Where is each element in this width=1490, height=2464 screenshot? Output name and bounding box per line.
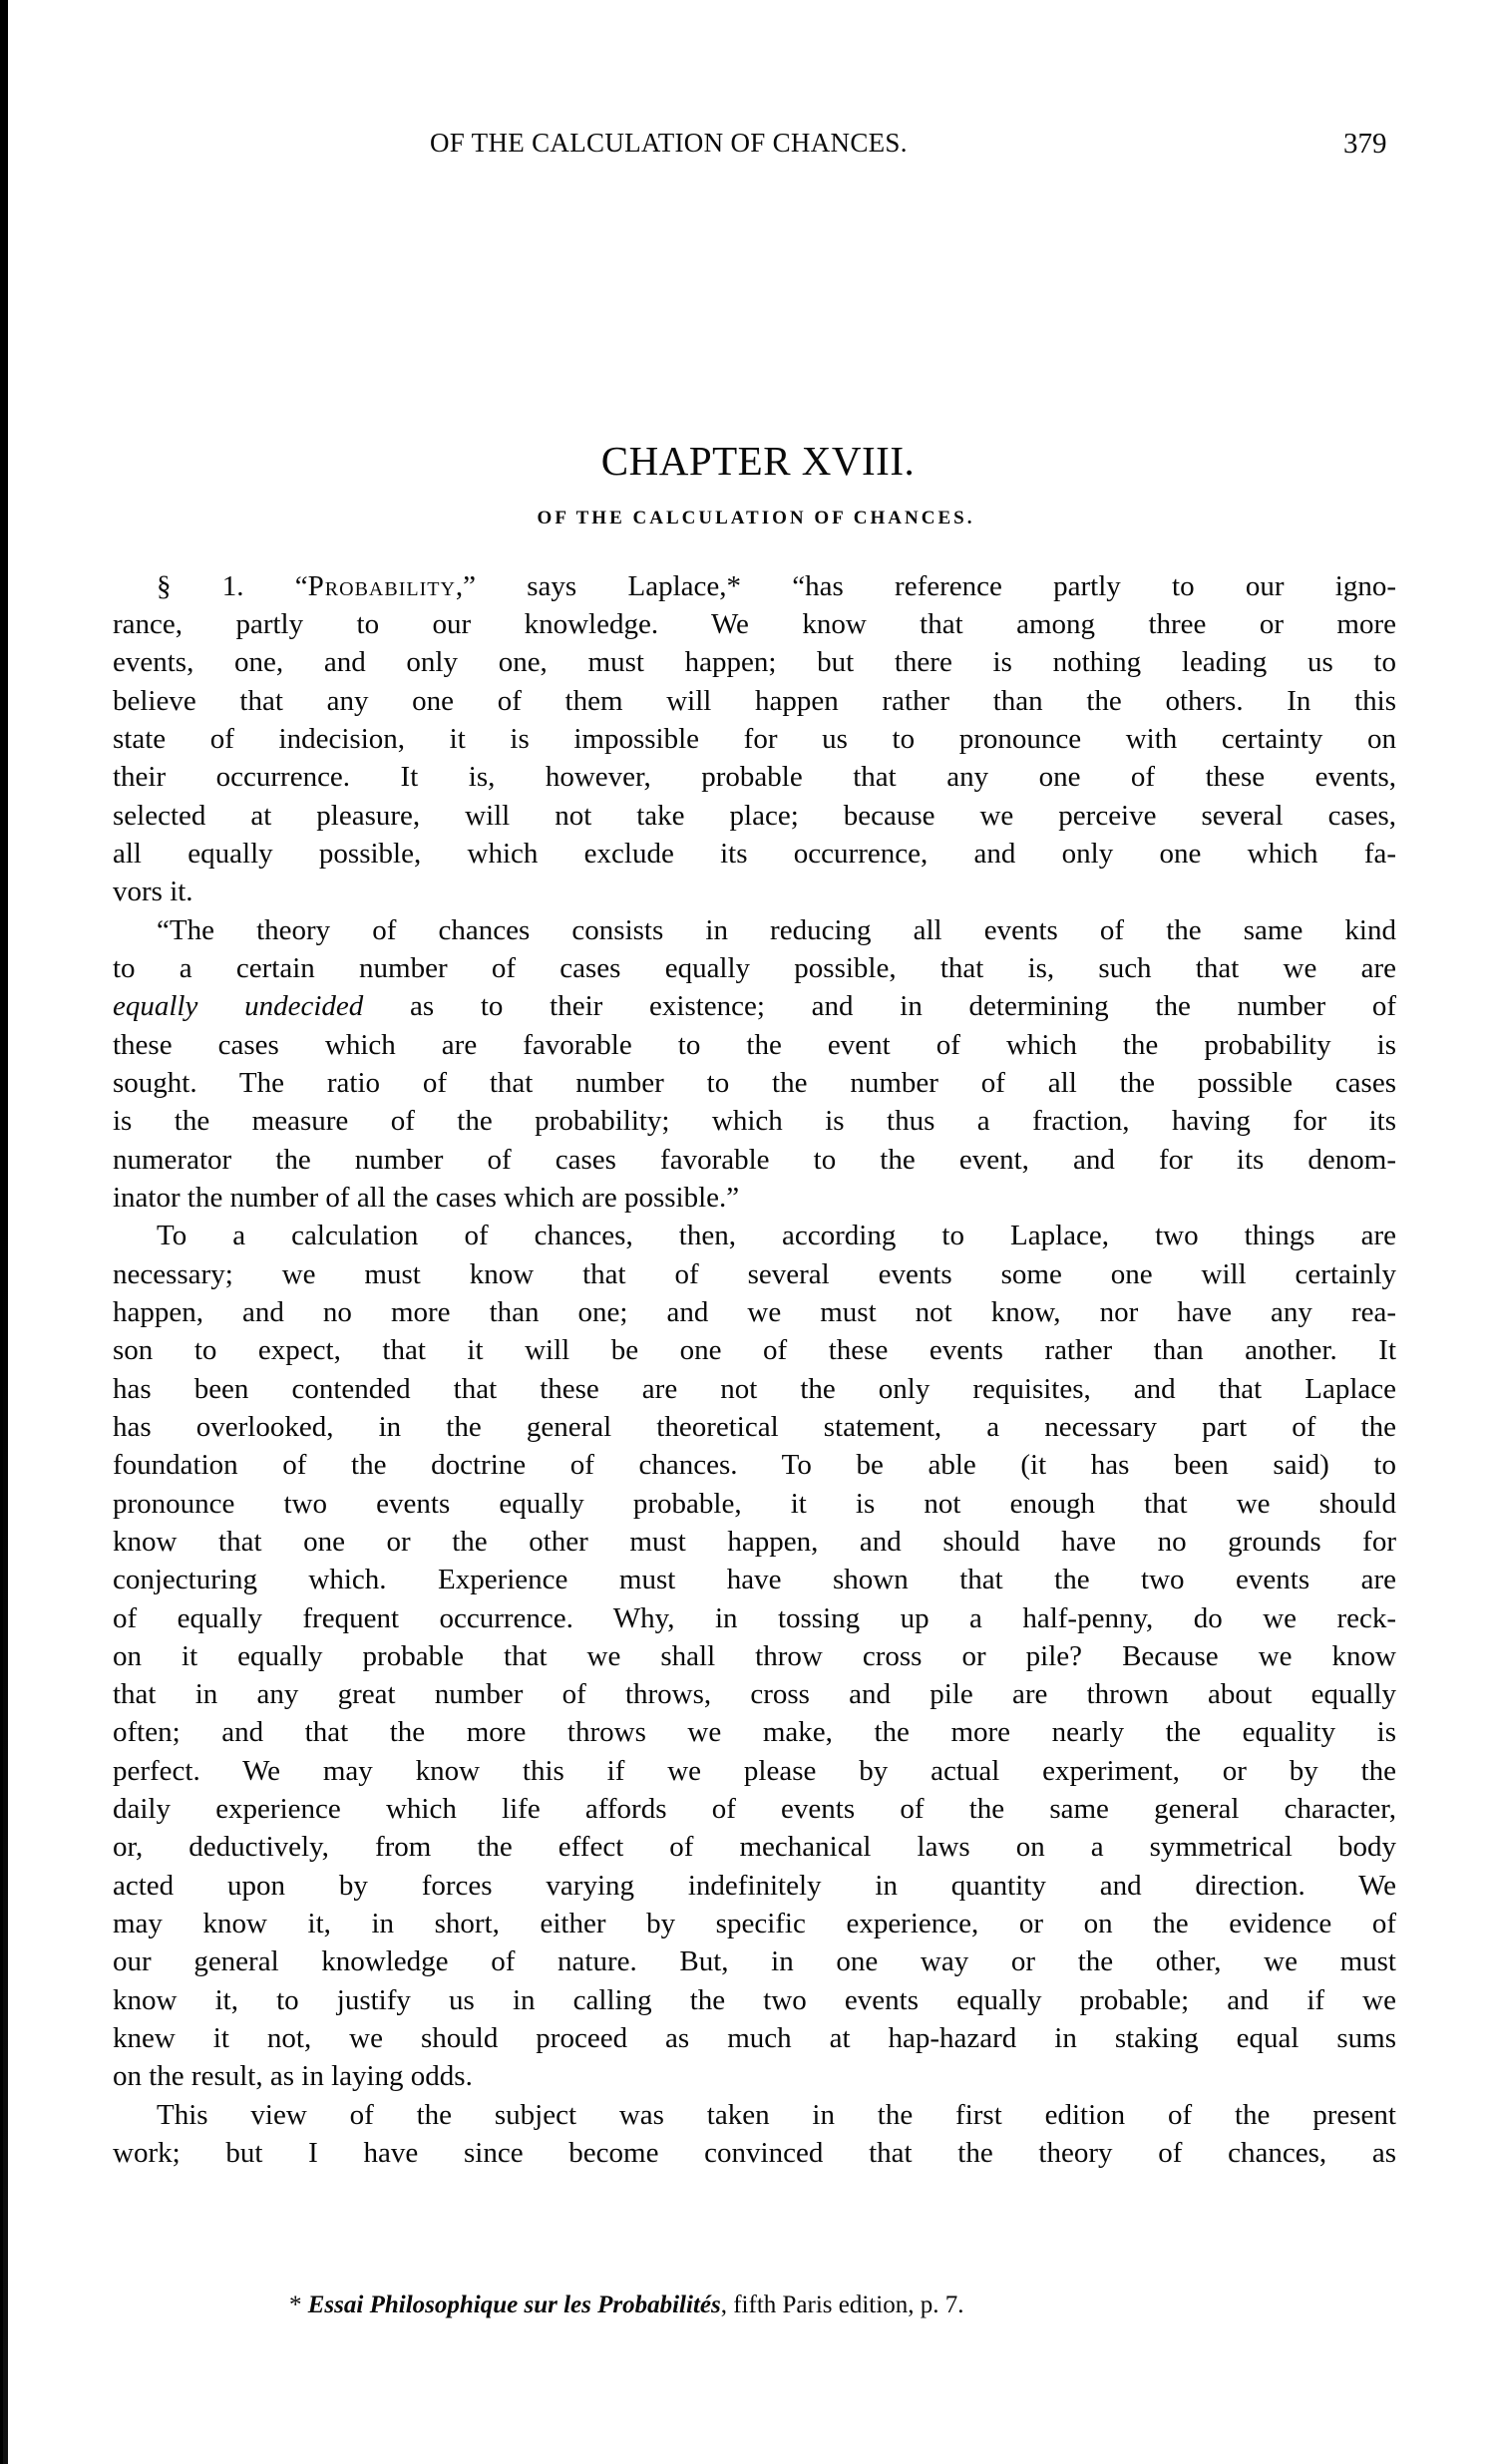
text-line: to a certain number of cases equally pos…	[113, 949, 1396, 987]
text-line: has been contended that these are not th…	[113, 1370, 1396, 1408]
text-line: pronounce two events equally probable, i…	[113, 1485, 1396, 1523]
page-scan-edge-lower	[0, 1197, 3, 2464]
text-line: often; and that the more throws we make,…	[113, 1713, 1396, 1751]
text-line: state of indecision, it is impossible fo…	[113, 720, 1396, 758]
text-line: sought. The ratio of that number to the …	[113, 1064, 1396, 1102]
text-line: knew it not, we should proceed as much a…	[113, 2019, 1396, 2057]
small-caps-term: Probability	[308, 570, 456, 602]
text-line: son to expect, that it will be one of th…	[113, 1331, 1396, 1369]
text-line: “The theory of chances consists in reduc…	[157, 911, 1396, 949]
section-mark: § 1. “	[157, 570, 308, 602]
page-number: 379	[1343, 128, 1387, 161]
text-run: ,” says Laplace,* “has reference partly …	[456, 570, 1396, 602]
text-line: all equally possible, which exclude its …	[113, 835, 1396, 873]
text-line: happen, and no more than one; and we mus…	[113, 1293, 1396, 1331]
text-line: believe that any one of them will happen…	[113, 682, 1396, 720]
text-line: may know it, in short, either by specifi…	[113, 1905, 1396, 1942]
text-line: necessary; we must know that of several …	[113, 1255, 1396, 1293]
text-line: § 1. “Probability,” says Laplace,* “has …	[157, 567, 1396, 605]
footnote: * Essai Philosophique sur les Probabilit…	[289, 2291, 963, 2319]
text-line: numerator the number of cases favorable …	[113, 1141, 1396, 1179]
footnote-citation: , fifth Paris edition, p. 7.	[721, 2291, 964, 2318]
text-line: foundation of the doctrine of chances. T…	[113, 1446, 1396, 1484]
text-line: acted upon by forces varying indefinitel…	[113, 1867, 1396, 1905]
text-line: know it, to justify us in calling the tw…	[113, 1981, 1396, 2019]
italic-phrase: equally undecided	[113, 990, 363, 1022]
text-line: of equally frequent occurrence. Why, in …	[113, 1599, 1396, 1637]
text-line: our general knowledge of nature. But, in…	[113, 1942, 1396, 1980]
text-line: vors it.	[113, 873, 1396, 910]
chapter-heading: CHAPTER XVIII.	[0, 437, 1490, 485]
text-line: daily experience which life affords of e…	[113, 1790, 1396, 1828]
text-line: selected at pleasure, will not take plac…	[113, 797, 1396, 835]
chapter-subtitle: OF THE CALCULATION OF CHANCES.	[0, 508, 1490, 529]
text-line: that in any great number of throws, cros…	[113, 1675, 1396, 1713]
running-head-title: OF THE CALCULATION OF CHANCES.	[430, 128, 908, 159]
text-line: is the measure of the probability; which…	[113, 1102, 1396, 1140]
text-line: To a calculation of chances, then, accor…	[157, 1217, 1396, 1254]
text-line: has overlooked, in the general theoretic…	[113, 1408, 1396, 1446]
text-line: events, one, and only one, must happen; …	[113, 643, 1396, 681]
text-line: conjecturing which. Experience must have…	[113, 1561, 1396, 1598]
text-line: on the result, as in laying odds.	[113, 2057, 1396, 2095]
text-line: perfect. We may know this if we please b…	[113, 1752, 1396, 1790]
text-line: rance, partly to our knowledge. We know …	[113, 605, 1396, 643]
footnote-marker: *	[289, 2291, 308, 2318]
text-line: or, deductively, from the effect of mech…	[113, 1828, 1396, 1866]
text-run: as to their existence; and in determinin…	[363, 990, 1396, 1022]
text-line: on it equally probable that we shall thr…	[113, 1637, 1396, 1675]
text-line: these cases which are favorable to the e…	[113, 1026, 1396, 1064]
text-line: inator the number of all the cases which…	[113, 1179, 1396, 1217]
text-line: their occurrence. It is, however, probab…	[113, 758, 1396, 796]
text-line: This view of the subject was taken in th…	[157, 2096, 1396, 2134]
text-line: equally undecided as to their existence;…	[113, 987, 1396, 1025]
footnote-book-title: Essai Philosophique sur les Probabilités	[308, 2291, 721, 2318]
text-line: work; but I have since become convinced …	[113, 2134, 1396, 2172]
text-line: know that one or the other must happen, …	[113, 1523, 1396, 1561]
